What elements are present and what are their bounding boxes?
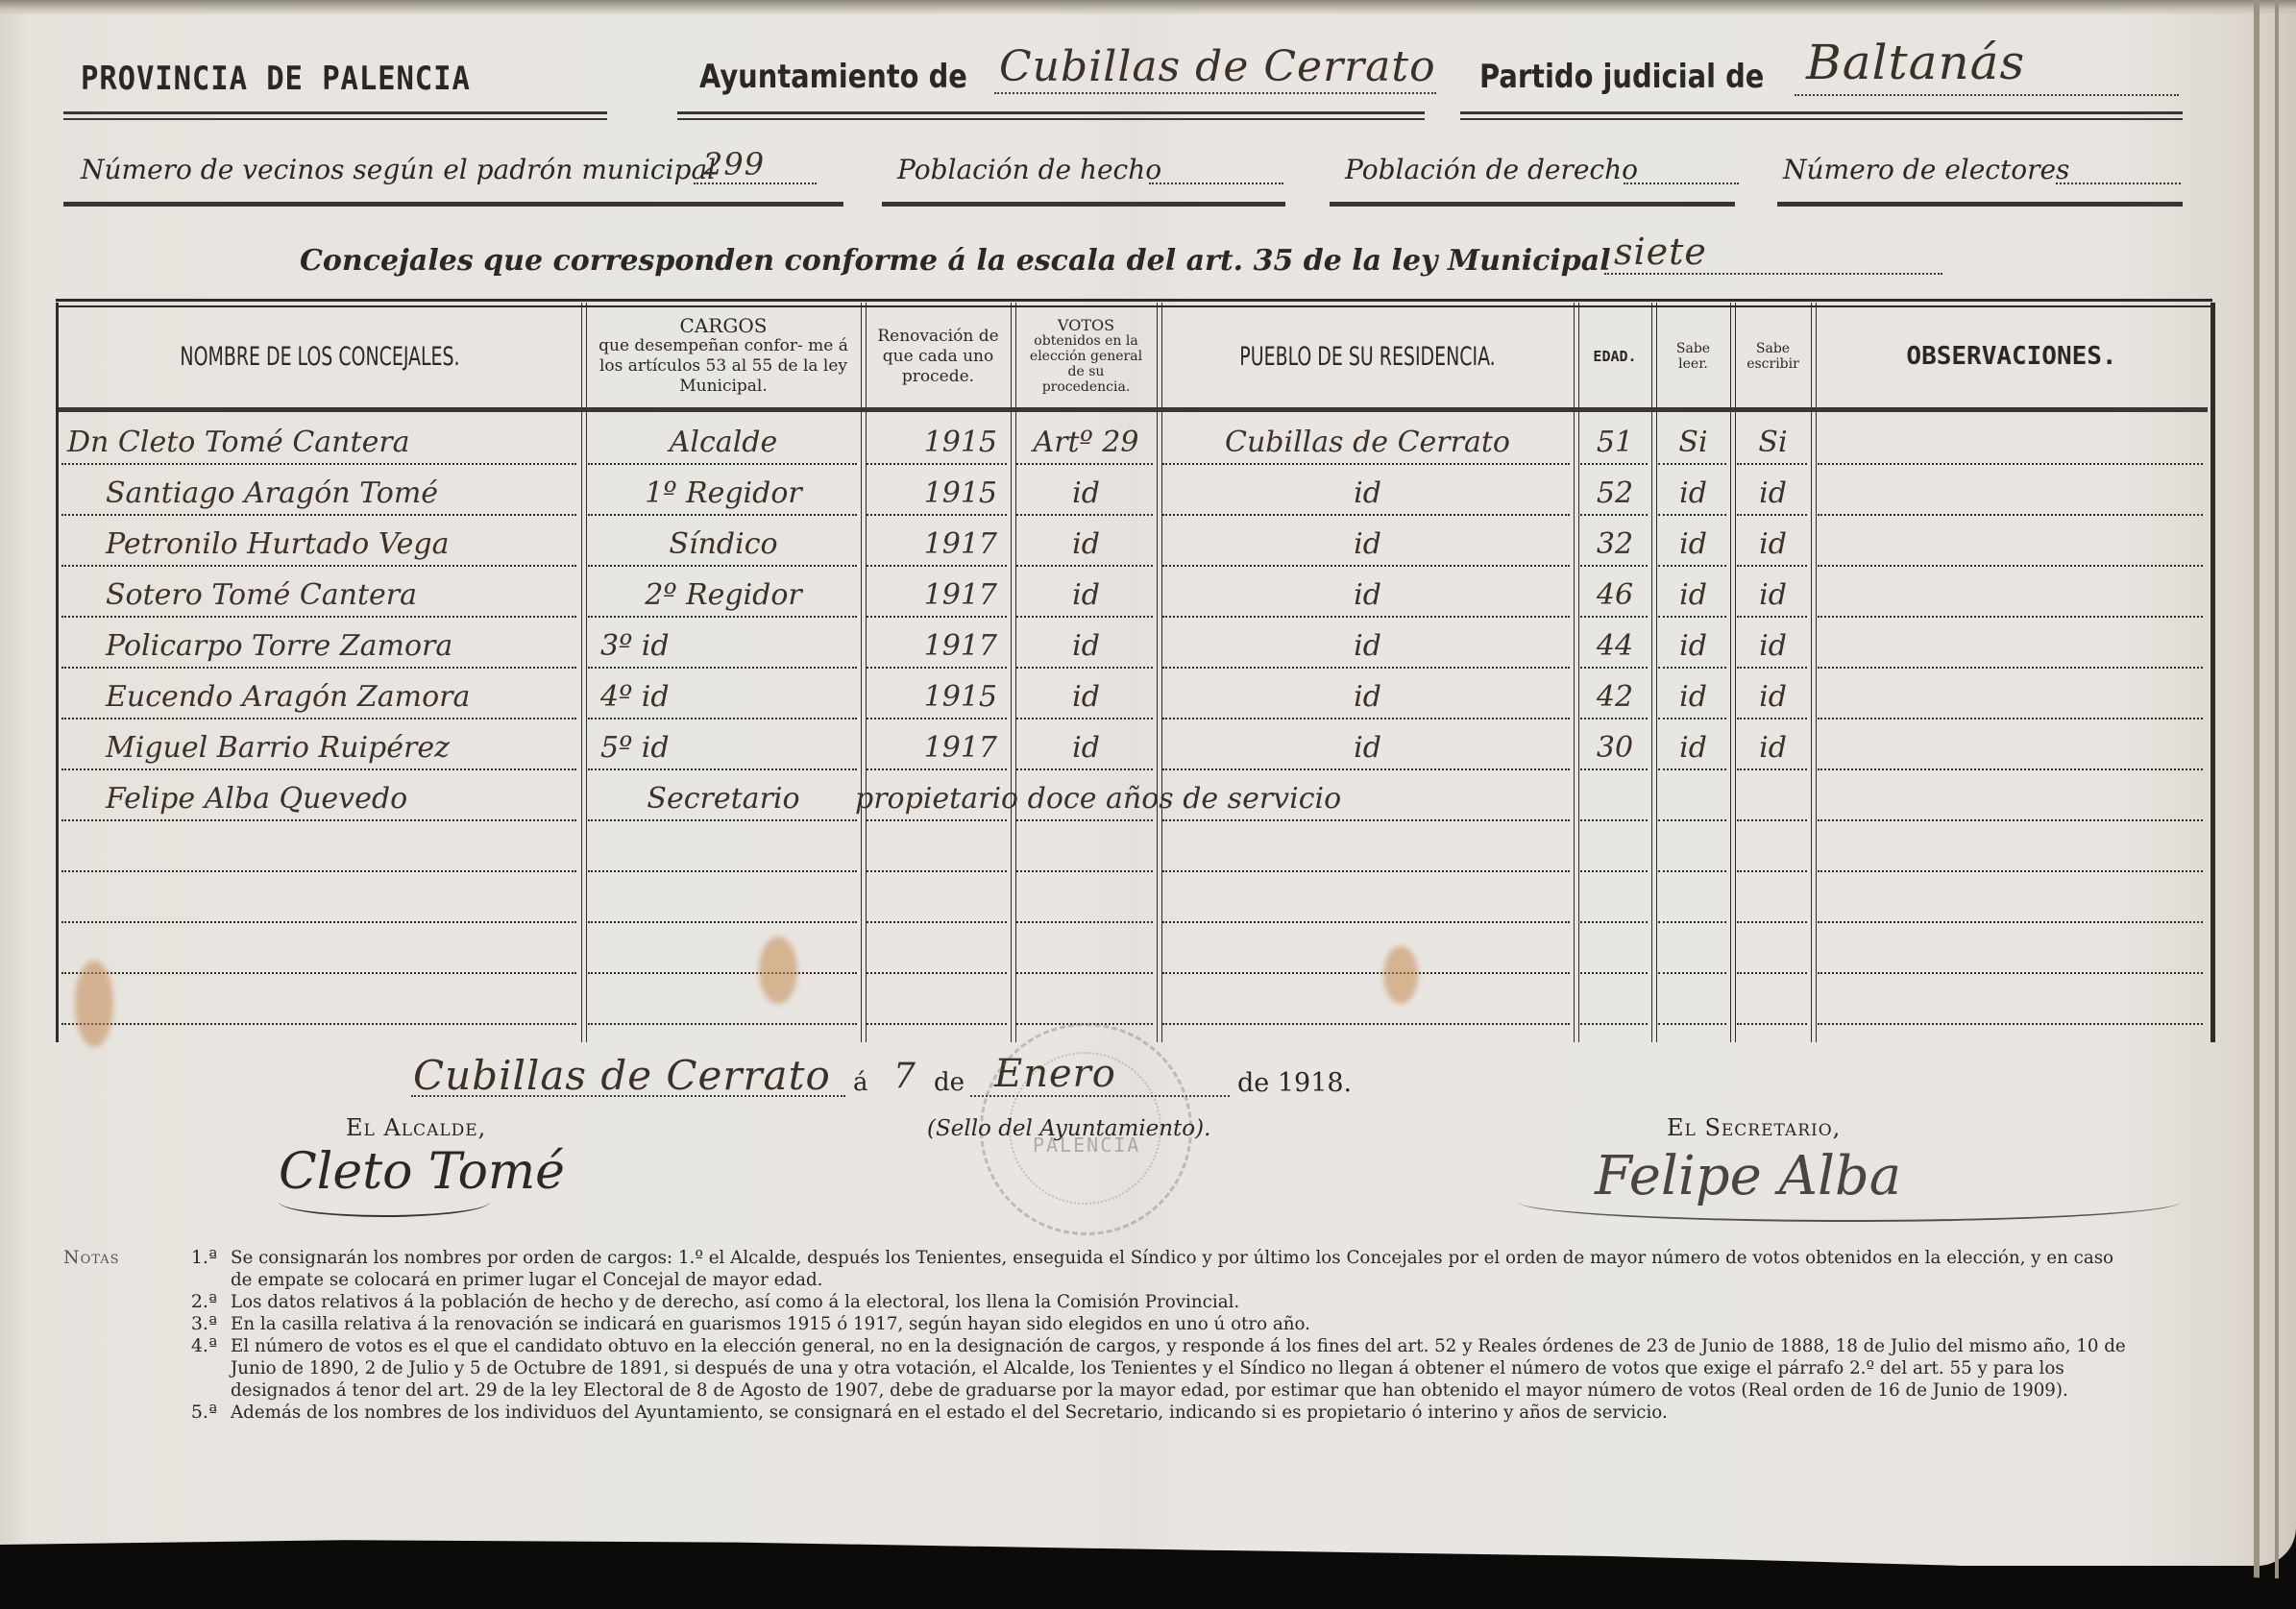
- row-rule: [1737, 616, 1807, 618]
- row-rule: [1016, 972, 1153, 974]
- cell-votos: id: [1015, 568, 1157, 616]
- row-rule: [1016, 616, 1153, 618]
- row-rule: [1162, 514, 1570, 516]
- row-rule: [1580, 870, 1648, 872]
- row-rule: [61, 921, 576, 923]
- row-rule: [1818, 667, 2203, 669]
- cell-renovacion: 1915: [866, 415, 1011, 463]
- row-rule: [1016, 463, 1153, 465]
- derecho-label: Población de derecho: [1345, 154, 1638, 185]
- alcalde-signature-flourish: [279, 1186, 490, 1217]
- cell-renovacion: 1917: [866, 619, 1011, 667]
- row-rule: [1580, 718, 1648, 719]
- row-rule: [61, 718, 576, 719]
- cell-cargo: Alcalde: [586, 415, 861, 463]
- row-rule: [1658, 667, 1726, 669]
- row-rule: [1162, 819, 1570, 821]
- cell-edad: 46: [1578, 568, 1651, 616]
- col-header-cargos-title: CARGOS: [680, 316, 768, 336]
- note-item: 5.ª Además de los nombres de los individ…: [58, 1402, 2219, 1424]
- row-rule: [1162, 718, 1570, 719]
- alcalde-label: El Alcalde,: [346, 1114, 486, 1141]
- row-rule: [588, 1023, 857, 1025]
- cell-renovacion: 1915: [866, 670, 1011, 718]
- cell-nombre: Santiago Aragón Tomé: [67, 466, 576, 514]
- secretario-label: El Secretario,: [1667, 1114, 1841, 1141]
- row-rule: [61, 514, 576, 516]
- col-header-renovacion: Renovación de que cada uno procede.: [866, 305, 1011, 407]
- concejales-dotline: [1604, 273, 1942, 275]
- column-divider: [1811, 303, 1817, 1042]
- vecinos-label: Número de vecinos según el padrón munici…: [81, 154, 716, 185]
- vecinos-dotline: [694, 183, 817, 184]
- cell-escribir: id: [1735, 619, 1811, 667]
- row-rule: [1162, 768, 1570, 770]
- cell-leer: id: [1656, 720, 1730, 768]
- row-rule: [1818, 463, 2203, 465]
- row-rule: [1658, 972, 1726, 974]
- cell-votos: id: [1015, 670, 1157, 718]
- row-rule: [867, 667, 1007, 669]
- row-rule: [1658, 921, 1726, 923]
- row-rule: [61, 616, 576, 618]
- cell-pueblo: id: [1161, 517, 1574, 565]
- row-rule: [61, 870, 576, 872]
- cell-nombre: Dn Cleto Tomé Cantera: [67, 415, 576, 463]
- cell-edad: 42: [1578, 670, 1651, 718]
- book-spine-edge: [2275, 0, 2279, 1609]
- cell-escribir: id: [1735, 720, 1811, 768]
- col-header-observaciones: OBSERVACIONES.: [1816, 305, 2208, 407]
- cell-leer: id: [1656, 466, 1730, 514]
- ayuntamiento-value: Cubillas de Cerrato: [999, 42, 1436, 91]
- cell-pueblo: id: [1161, 466, 1574, 514]
- row-rule: [1162, 463, 1570, 465]
- row-rule: [1580, 565, 1648, 567]
- notes-section: Notas1.ª Se consignarán los nombres por …: [58, 1247, 2219, 1424]
- cell-nombre: Miguel Barrio Ruipérez: [67, 720, 576, 768]
- cell-leer: Si: [1656, 415, 1730, 463]
- stats-rule: [882, 202, 1285, 207]
- book-spine-edge: [2254, 0, 2259, 1609]
- row-rule: [1162, 1023, 1570, 1025]
- row-rule: [1016, 514, 1153, 516]
- cell-nombre: Policarpo Torre Zamora: [67, 619, 576, 667]
- concejales-label: Concejales que corresponden conforme á l…: [300, 244, 1611, 278]
- cell-pueblo: id: [1161, 568, 1574, 616]
- row-rule: [1580, 972, 1648, 974]
- header-rule: [63, 111, 607, 120]
- note-item: 3.ª En la casilla relativa á la renovaci…: [58, 1313, 2219, 1335]
- vecinos-value: 299: [703, 146, 765, 183]
- cell-edad: 51: [1578, 415, 1651, 463]
- row-rule: [867, 972, 1007, 974]
- col-header-cargos-sub: que desempeñan confor- me á los artículo…: [594, 336, 853, 397]
- paper-stain: [1383, 946, 1418, 1004]
- row-rule: [588, 616, 857, 618]
- row-rule: [61, 463, 576, 465]
- row-rule: [867, 921, 1007, 923]
- row-rule: [588, 514, 857, 516]
- cell-votos: id: [1015, 619, 1157, 667]
- row-rule: [588, 565, 857, 567]
- row-rule: [1737, 921, 1807, 923]
- row-rule: [1162, 870, 1570, 872]
- row-rule: [1162, 921, 1570, 923]
- row-rule: [1162, 667, 1570, 669]
- cell-cargo: Secretario: [586, 771, 861, 819]
- partido-dotline: [1795, 94, 2179, 96]
- row-rule: [1016, 870, 1153, 872]
- row-rule: [1818, 768, 2203, 770]
- row-rule: [588, 667, 857, 669]
- row-rule: [1016, 921, 1153, 923]
- hecho-dotline: [1149, 183, 1283, 184]
- row-rule: [1016, 819, 1153, 821]
- row-rule: [867, 463, 1007, 465]
- row-rule: [1818, 972, 2203, 974]
- provincia-title: PROVINCIA DE PALENCIA: [81, 60, 471, 98]
- note-number: 5.ª: [58, 1402, 231, 1424]
- row-rule: [1818, 718, 2203, 719]
- note-item: 2.ª Los datos relativos á la población d…: [58, 1291, 2219, 1313]
- cell-cargo: 2º Regidor: [586, 568, 861, 616]
- cell-cargo: 4º id: [591, 670, 861, 718]
- cell-cargo: 5º id: [591, 720, 861, 768]
- row-rule: [867, 616, 1007, 618]
- ayuntamiento-label: Ayuntamiento de: [699, 58, 967, 96]
- col-header-edad: EDAD.: [1578, 305, 1651, 407]
- note-number-text: 1.ª: [191, 1247, 217, 1268]
- cell-leer: id: [1656, 670, 1730, 718]
- cell-nombre: Felipe Alba Quevedo: [67, 771, 576, 819]
- row-rule: [1658, 463, 1726, 465]
- note-item: Notas1.ª Se consignarán los nombres por …: [58, 1247, 2219, 1291]
- col-header-votos-sub: obtenidos en la elección general de su p…: [1024, 333, 1149, 395]
- partido-value: Baltanás: [1806, 35, 2025, 90]
- electores-dotline: [2056, 183, 2181, 184]
- row-rule: [1818, 870, 2203, 872]
- cell-cargo: 3º id: [591, 619, 861, 667]
- row-rule: [1658, 565, 1726, 567]
- stats-rule: [1777, 202, 2183, 207]
- note-number: 4.ª: [58, 1335, 231, 1402]
- cell-escribir: Si: [1735, 415, 1811, 463]
- electores-label: Número de electores: [1783, 154, 2069, 185]
- cell-renovacion: 1917: [866, 720, 1011, 768]
- col-header-votos-title: VOTOS: [1058, 318, 1114, 333]
- cell-votos: id: [1015, 466, 1157, 514]
- row-rule: [1162, 565, 1570, 567]
- row-rule: [1737, 565, 1807, 567]
- cell-votos: id: [1015, 517, 1157, 565]
- row-rule: [588, 768, 857, 770]
- row-rule: [867, 1023, 1007, 1025]
- stats-rule: [1330, 202, 1735, 207]
- row-rule: [867, 819, 1007, 821]
- row-rule: [588, 921, 857, 923]
- row-rule: [1580, 768, 1648, 770]
- cell-secretario-note: propietario doce años de servicio: [845, 771, 1575, 819]
- row-rule: [61, 972, 576, 974]
- cell-leer: id: [1656, 568, 1730, 616]
- note-text: Los datos relativos á la población de he…: [231, 1291, 2139, 1313]
- row-rule: [1016, 667, 1153, 669]
- cell-leer: id: [1656, 517, 1730, 565]
- row-rule: [1016, 768, 1153, 770]
- row-rule: [61, 819, 576, 821]
- row-rule: [1580, 514, 1648, 516]
- row-rule: [1737, 819, 1807, 821]
- note-item: 4.ª El número de votos es el que el cand…: [58, 1335, 2219, 1402]
- date-day: 7: [893, 1057, 916, 1096]
- row-rule: [61, 565, 576, 567]
- cell-edad: 44: [1578, 619, 1651, 667]
- row-rule: [1818, 565, 2203, 567]
- row-rule: [1737, 514, 1807, 516]
- cell-cargo: 1º Regidor: [586, 466, 861, 514]
- col-header-cargos: CARGOS que desempeñan confor- me á los a…: [586, 305, 861, 407]
- row-rule: [1580, 667, 1648, 669]
- row-rule: [1818, 819, 2203, 821]
- date-year: de 1918.: [1237, 1068, 1352, 1098]
- row-rule: [1580, 463, 1648, 465]
- row-rule: [1658, 870, 1726, 872]
- row-rule: [1016, 718, 1153, 719]
- row-rule: [1162, 616, 1570, 618]
- row-rule: [1658, 514, 1726, 516]
- row-rule: [61, 768, 576, 770]
- note-number: 2.ª: [58, 1291, 231, 1313]
- cell-escribir: id: [1735, 517, 1811, 565]
- header-separator: [59, 407, 2208, 412]
- row-rule: [1737, 870, 1807, 872]
- note-number: Notas1.ª: [58, 1247, 231, 1291]
- row-rule: [1580, 616, 1648, 618]
- notes-label: Notas: [58, 1247, 120, 1269]
- hecho-label: Población de hecho: [897, 154, 1161, 185]
- row-rule: [1818, 921, 2203, 923]
- row-rule: [588, 463, 857, 465]
- row-rule: [588, 972, 857, 974]
- col-header-leer: Sabe leer.: [1656, 305, 1730, 407]
- cell-nombre: Eucendo Aragón Zamora: [67, 670, 576, 718]
- cell-edad: 52: [1578, 466, 1651, 514]
- row-rule: [1737, 768, 1807, 770]
- cell-escribir: id: [1735, 670, 1811, 718]
- cell-pueblo: id: [1161, 720, 1574, 768]
- cell-leer: id: [1656, 619, 1730, 667]
- row-rule: [1580, 1023, 1648, 1025]
- row-rule: [61, 1023, 576, 1025]
- col-header-votos: VOTOS obtenidos en la elección general d…: [1015, 305, 1157, 407]
- row-rule: [1737, 1023, 1807, 1025]
- column-divider: [581, 303, 587, 1042]
- cell-escribir: id: [1735, 466, 1811, 514]
- paper-stain: [759, 937, 797, 1004]
- note-text: Además de los nombres de los individuos …: [231, 1402, 2139, 1424]
- row-rule: [1658, 718, 1726, 719]
- cell-renovacion: 1917: [866, 568, 1011, 616]
- row-rule: [1818, 514, 2203, 516]
- row-rule: [867, 768, 1007, 770]
- row-rule: [867, 565, 1007, 567]
- date-de: de: [934, 1068, 965, 1097]
- note-text: Se consignarán los nombres por orden de …: [231, 1247, 2139, 1291]
- row-rule: [867, 514, 1007, 516]
- row-rule: [588, 870, 857, 872]
- date-place-dotline: [411, 1095, 845, 1097]
- cell-votos: Artº 29: [1015, 415, 1157, 463]
- header-rule: [1460, 111, 2183, 120]
- col-header-escribir: Sabe escribir: [1735, 305, 1811, 407]
- cell-escribir: id: [1735, 568, 1811, 616]
- row-rule: [1737, 463, 1807, 465]
- row-rule: [1737, 718, 1807, 719]
- row-rule: [588, 718, 857, 719]
- stats-rule: [63, 202, 843, 207]
- note-number: 3.ª: [58, 1313, 231, 1335]
- paper-stain: [75, 961, 113, 1047]
- date-place: Cubillas de Cerrato: [413, 1052, 831, 1099]
- row-rule: [1818, 616, 2203, 618]
- derecho-dotline: [1624, 183, 1739, 184]
- partido-label: Partido judicial de: [1479, 58, 1764, 96]
- note-text: El número de votos es el que el candidat…: [231, 1335, 2139, 1402]
- ayuntamiento-dotline: [994, 92, 1436, 94]
- sello-label: (Sello del Ayuntamiento).: [927, 1116, 1210, 1141]
- row-rule: [1162, 972, 1570, 974]
- row-rule: [1658, 1023, 1726, 1025]
- cell-nombre: Sotero Tomé Cantera: [67, 568, 576, 616]
- header-rule: [677, 111, 1425, 120]
- row-rule: [867, 870, 1007, 872]
- cell-cargo: Síndico: [586, 517, 861, 565]
- row-rule: [1658, 819, 1726, 821]
- cell-pueblo: id: [1161, 670, 1574, 718]
- cell-edad: 32: [1578, 517, 1651, 565]
- cell-nombre: Petronilo Hurtado Vega: [67, 517, 576, 565]
- row-rule: [1737, 972, 1807, 974]
- row-rule: [1580, 921, 1648, 923]
- cell-pueblo: Cubillas de Cerrato: [1161, 415, 1574, 463]
- cell-pueblo: id: [1161, 619, 1574, 667]
- col-header-nombre: NOMBRE DE LOS CONCEJALES.: [116, 305, 524, 407]
- cell-renovacion: 1917: [866, 517, 1011, 565]
- row-rule: [588, 819, 857, 821]
- concejales-value: siete: [1614, 231, 1707, 273]
- cell-votos: id: [1015, 720, 1157, 768]
- row-rule: [1016, 565, 1153, 567]
- date-a: á: [853, 1068, 868, 1097]
- col-header-pueblo: PUEBLO DE SU RESIDENCIA.: [1207, 305, 1528, 407]
- cell-edad: 30: [1578, 720, 1651, 768]
- cell-renovacion: 1915: [866, 466, 1011, 514]
- row-rule: [1818, 1023, 2203, 1025]
- row-rule: [1737, 667, 1807, 669]
- row-rule: [1580, 819, 1648, 821]
- row-rule: [1658, 768, 1726, 770]
- page-top-edge: [0, 0, 2296, 15]
- row-rule: [1658, 616, 1726, 618]
- row-rule: [61, 667, 576, 669]
- secretario-signature-flourish: [1518, 1182, 2181, 1222]
- note-text: En la casilla relativa á la renovación s…: [231, 1313, 2139, 1335]
- row-rule: [867, 718, 1007, 719]
